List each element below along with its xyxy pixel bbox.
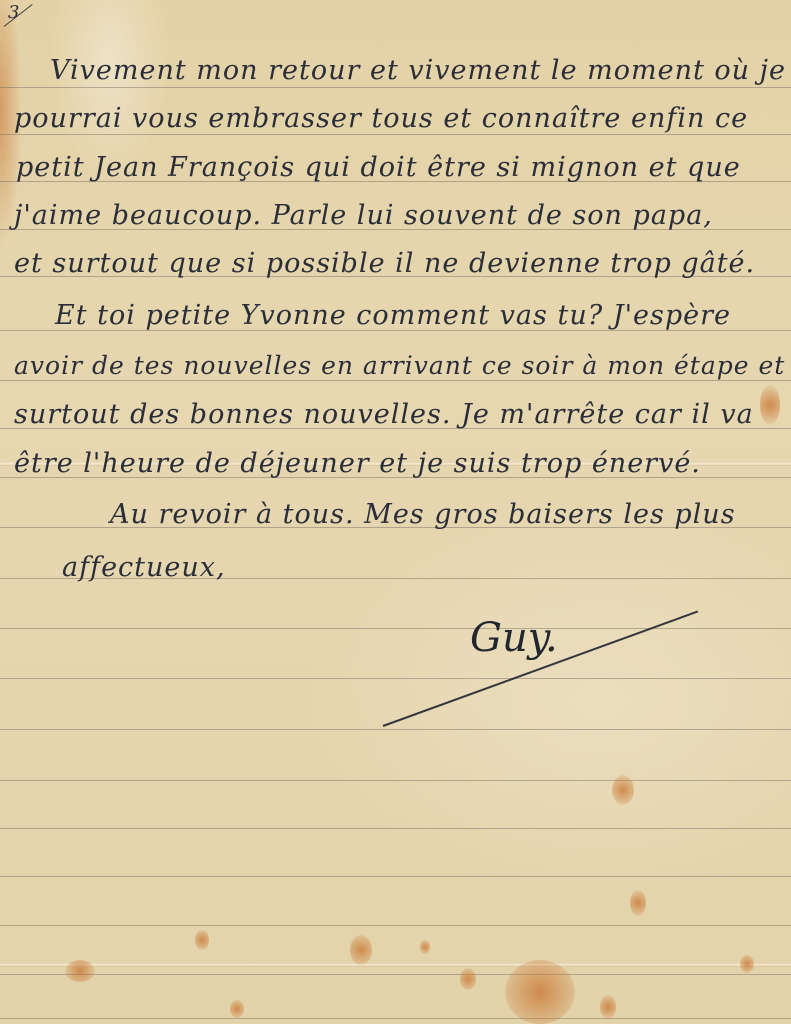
ruled-line bbox=[0, 974, 791, 975]
letter-line: surtout des bonnes nouvelles. Je m'arrêt… bbox=[14, 399, 754, 430]
foxing-stain bbox=[65, 960, 95, 982]
letter-line: j'aime beaucoup. Parle lui souvent de so… bbox=[14, 200, 713, 231]
ruled-line bbox=[0, 380, 791, 381]
foxing-stain bbox=[505, 960, 575, 1024]
letter-line: petit Jean François qui doit être si mig… bbox=[16, 152, 741, 183]
letter-line: avoir de tes nouvelles en arrivant ce so… bbox=[14, 351, 785, 380]
letter-line: être l'heure de déjeuner et je suis trop… bbox=[14, 448, 701, 479]
ruled-line bbox=[0, 678, 791, 679]
foxing-stain bbox=[420, 940, 430, 954]
signature: Guy. bbox=[470, 615, 558, 661]
letter-line: Et toi petite Yvonne comment vas tu? J'e… bbox=[55, 300, 731, 331]
ruled-line bbox=[0, 876, 791, 877]
foxing-stain bbox=[600, 995, 616, 1019]
ruled-line bbox=[0, 780, 791, 781]
letter-line: affectueux, bbox=[62, 552, 226, 583]
foxing-stain bbox=[630, 890, 646, 916]
foxing-stain bbox=[612, 775, 634, 805]
ruled-line bbox=[0, 87, 791, 88]
ruled-line bbox=[0, 925, 791, 926]
letter-line: et surtout que si possible il ne devienn… bbox=[14, 248, 755, 279]
foxing-stain bbox=[230, 1000, 244, 1018]
foxing-stain bbox=[350, 935, 372, 965]
letter-line: Vivement mon retour et vivement le momen… bbox=[50, 55, 786, 86]
ruled-line bbox=[0, 729, 791, 730]
ruled-line bbox=[0, 828, 791, 829]
foxing-stain bbox=[195, 930, 209, 950]
letter-line: Au revoir à tous. Mes gros baisers les p… bbox=[110, 499, 736, 530]
foxing-stain bbox=[740, 955, 754, 973]
ruled-line bbox=[0, 1018, 791, 1019]
letter-page: 3 Vivement mon retour et vivement le mom… bbox=[0, 0, 791, 1024]
paper-fold bbox=[0, 963, 791, 967]
foxing-stain bbox=[460, 968, 476, 990]
ruled-line bbox=[0, 134, 791, 135]
letter-line: pourrai vous embrasser tous et connaître… bbox=[14, 103, 748, 134]
foxing-stain bbox=[760, 385, 780, 425]
ruled-line bbox=[0, 628, 791, 629]
